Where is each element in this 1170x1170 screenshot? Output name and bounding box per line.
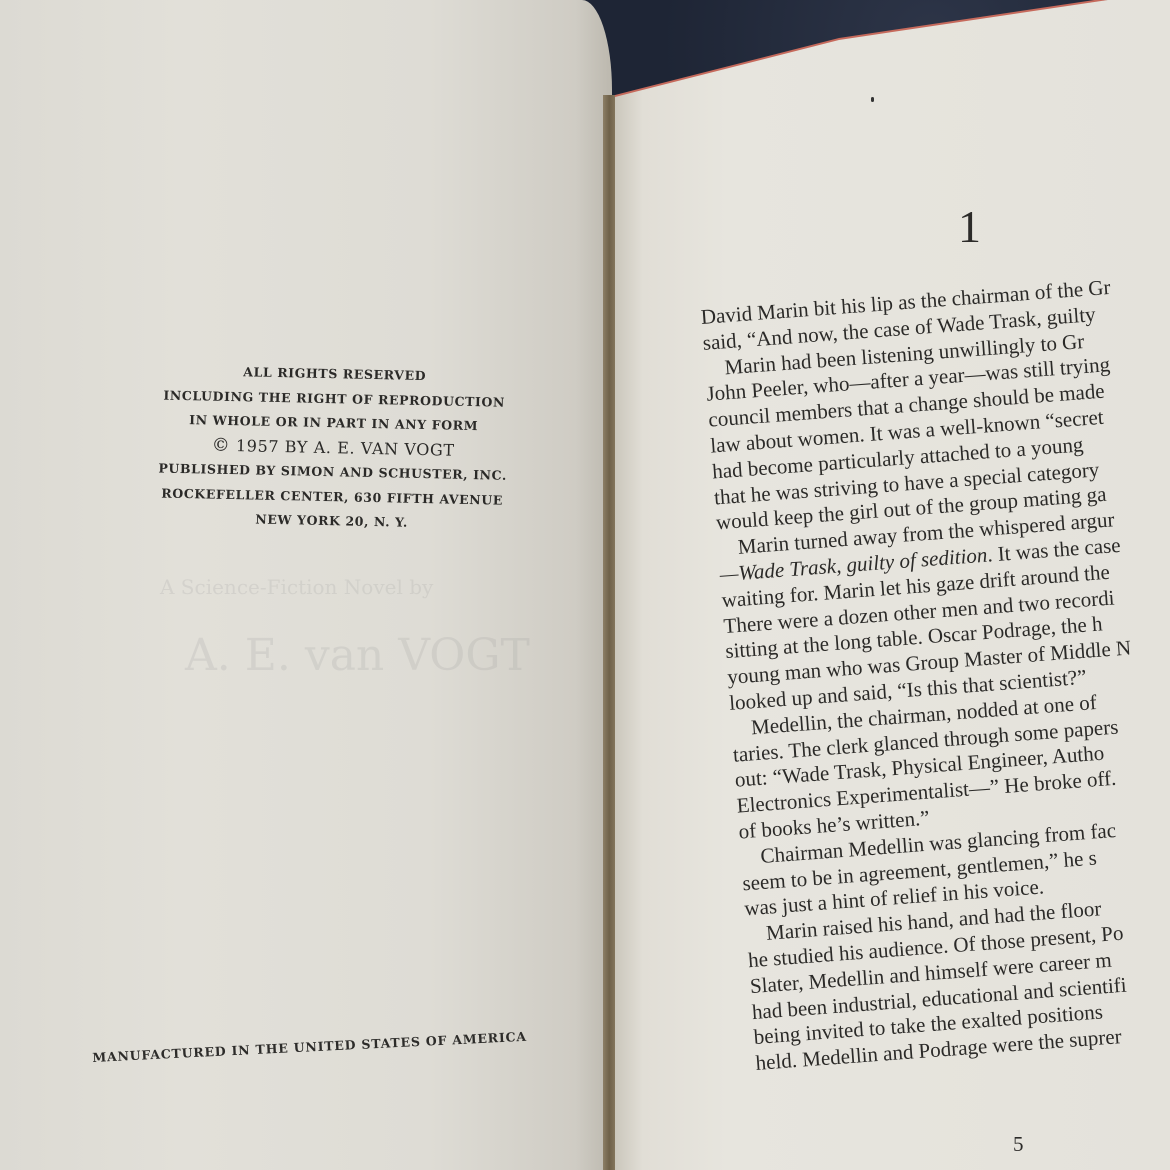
left-page-copyright: A Science-Fiction Novel by A. E. van VOG…	[0, 0, 612, 1170]
chapter-body-text: David Marin bit his lip as the chairman …	[700, 267, 1170, 1077]
copyright-symbol-icon: ©	[211, 434, 230, 455]
copyright-year-text: 1957 BY A. E. VAN VOGT	[236, 436, 455, 460]
ink-speck	[871, 97, 874, 102]
bleed-through-subtitle: A Science-Fiction Novel by	[160, 575, 433, 599]
page-number: 5	[1013, 1132, 1024, 1157]
chapter-number: 1	[958, 200, 981, 253]
book-gutter	[603, 95, 617, 1170]
manufactured-notice: MANUFACTURED IN THE UNITED STATES OF AME…	[92, 1029, 527, 1065]
copyright-block: ALL RIGHTS RESERVED INCLUDING THE RIGHT …	[131, 358, 535, 538]
open-book-photo: A Science-Fiction Novel by A. E. van VOG…	[0, 0, 1170, 1170]
bleed-through-author: A. E. van VOGT	[185, 630, 530, 681]
